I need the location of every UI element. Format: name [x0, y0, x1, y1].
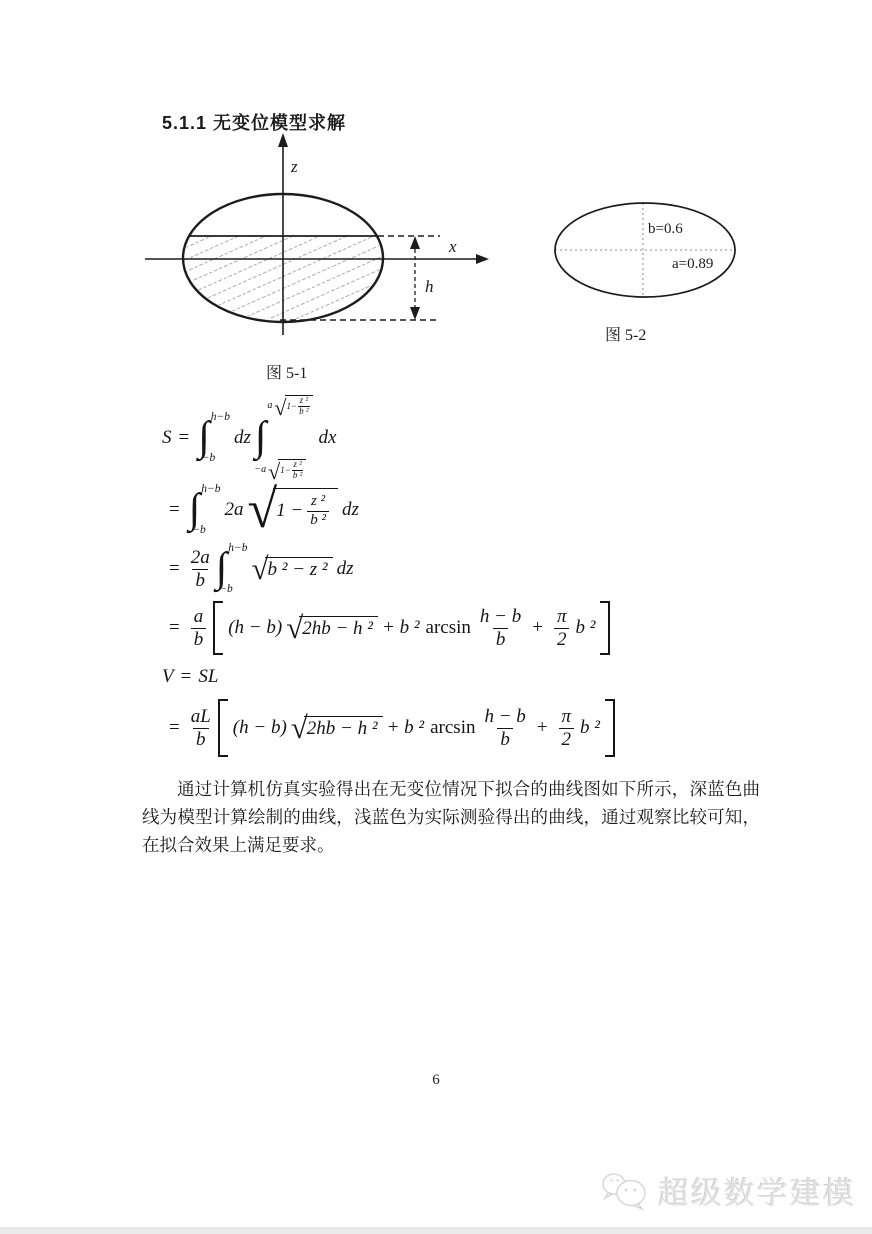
right-bracket [605, 699, 615, 757]
fraction: π 2 [559, 706, 575, 751]
document-page: 5.1.1 无变位模型求解 z x h [0, 0, 872, 1234]
watermark-text: 超级数学建模 [658, 1168, 856, 1213]
fraction: aL b [191, 706, 211, 751]
x-axis-arrowhead [476, 254, 489, 264]
wechat-bubbles-icon [600, 1169, 652, 1213]
scan-edge-shadow [0, 1227, 872, 1234]
radical: √ 1− z ² b ² [274, 395, 312, 417]
formula-volume-result: = aL b (h − b) √ 2hb − h ² + b ² arcsin … [162, 697, 702, 759]
left-bracket [213, 601, 223, 655]
h-dimension-label: h [425, 277, 434, 296]
integral-z: ∫ h−b −b [189, 482, 221, 538]
integral-x: ∫ a √ 1− z ² b ² [255, 395, 315, 481]
integral-sign: ∫ [255, 420, 267, 456]
x-axis-label: x [448, 237, 457, 256]
fraction: π 2 [554, 606, 570, 651]
z-axis-arrowhead [278, 133, 288, 147]
body-paragraph: 通过计算机仿真实验得出在无变位情况下拟合的曲线图如下所示，深蓝色曲线为模型计算绘… [142, 775, 760, 859]
radical: √ 2hb − h ² [291, 716, 383, 741]
page-number: 6 [0, 1072, 872, 1089]
h-arrow-down [410, 307, 420, 320]
formula-single-integral: = ∫ h−b −b 2a √ 1 − z ² b ² dz [162, 479, 702, 541]
radical: √ 1− z ² b ² [268, 459, 306, 481]
fraction: h − b b [480, 606, 521, 651]
radical: √ 1 − z ² b ² [248, 488, 338, 531]
formula-simplified-integral: = 2a b ∫ h−b −b √ b ² − z ² dz [162, 543, 702, 595]
formula-area-double-integral: S = ∫ h−b −b dz ∫ a √ 1 [162, 397, 702, 479]
formula-volume: V = SL [162, 663, 702, 691]
left-bracket [218, 699, 228, 757]
fraction: 2a b [191, 547, 210, 592]
z-axis-label: z [290, 157, 298, 176]
integral-sign: ∫ [198, 420, 210, 456]
figure-5-2-caption: 图 5-2 [605, 322, 646, 345]
formula-block: S = ∫ h−b −b dz ∫ a √ 1 [162, 397, 702, 759]
figure-5-2-diagram: b=0.6 a=0.89 [548, 192, 748, 310]
var-S: S [162, 427, 172, 449]
semi-minor-axis-label: b=0.6 [648, 221, 683, 237]
integral-z: ∫ h−b −b [216, 541, 248, 597]
radical: √ b ² − z ² [252, 557, 333, 582]
right-bracket [600, 601, 610, 655]
integral-z: ∫ h−b −b [198, 410, 230, 466]
formula-area-result: = a b (h − b) √ 2hb − h ² + b ² arcsin h… [162, 599, 702, 657]
figure-5-1-diagram: z x h [140, 130, 500, 380]
h-arrow-up [410, 236, 420, 249]
integral-sign: ∫ [216, 551, 228, 587]
semi-major-axis-label: a=0.89 [672, 256, 713, 272]
radical: √ 2hb − h ² [286, 616, 378, 641]
var-V: V [162, 666, 174, 688]
watermark: 超级数学建模 [600, 1168, 856, 1213]
integral-sign: ∫ [189, 492, 201, 528]
fraction: h − b b [484, 706, 525, 751]
fraction: a b [191, 606, 207, 651]
figure-5-1-caption: 图 5-1 [266, 360, 307, 383]
